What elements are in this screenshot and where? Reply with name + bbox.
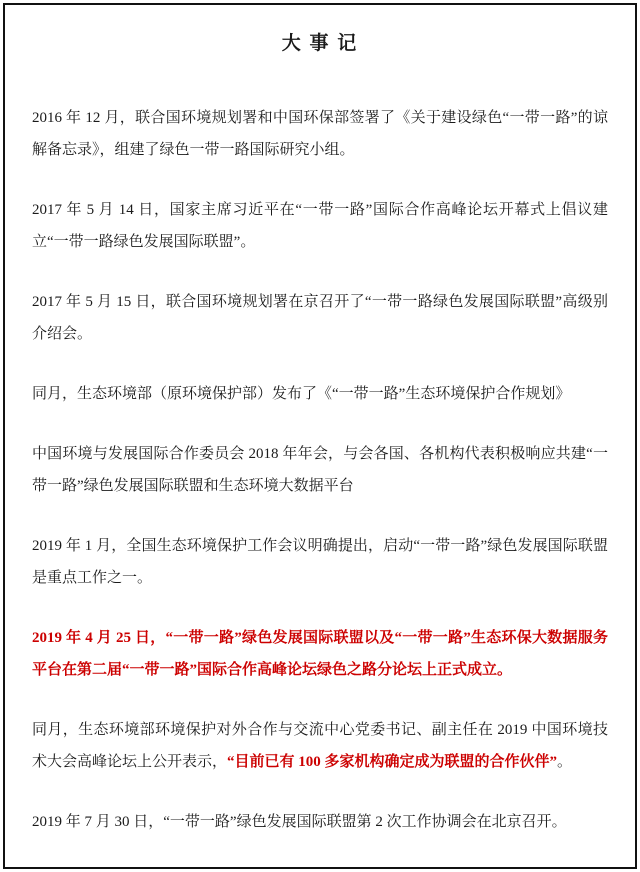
events-list: 2016 年 12 月，联合国环境规划署和中国环保部签署了《关于建设绿色“一带一… <box>32 102 608 838</box>
event-text: 2017 年 5 月 15 日，联合国环境规划署在京召开了“一带一路绿色发展国际… <box>32 294 608 342</box>
event-text: 2016 年 12 月，联合国环境规划署和中国环保部签署了《关于建设绿色“一带一… <box>32 110 608 158</box>
event-paragraph: 2019 年 1 月，全国生态环境保护工作会议明确提出，启动“一带一路”绿色发展… <box>32 530 608 594</box>
event-paragraph: 2019 年 4 月 25 日，“一带一路”绿色发展国际联盟以及“一带一路”生态… <box>32 622 608 686</box>
event-text: 同月，生态环境部（原环境保护部）发布了《“一带一路”生态环境保护合作规划》 <box>32 386 570 402</box>
event-paragraph: 同月，生态环境部（原环境保护部）发布了《“一带一路”生态环境保护合作规划》 <box>32 378 608 410</box>
event-paragraph: 中国环境与发展国际合作委员会 2018 年年会，与会各国、各机构代表积极响应共建… <box>32 438 608 502</box>
event-text: 2019 年 7 月 30 日，“一带一路”绿色发展国际联盟第 2 次工作协调会… <box>32 814 567 830</box>
document-page: 大 事 记 2016 年 12 月，联合国环境规划署和中国环保部签署了《关于建设… <box>3 3 637 869</box>
event-text: 。 <box>557 754 572 770</box>
event-paragraph: 2016 年 12 月，联合国环境规划署和中国环保部签署了《关于建设绿色“一带一… <box>32 102 608 166</box>
page-title: 大 事 记 <box>32 31 608 57</box>
event-text: 2017 年 5 月 14 日，国家主席习近平在“一带一路”国际合作高峰论坛开幕… <box>32 202 608 250</box>
event-paragraph: 2019 年 7 月 30 日，“一带一路”绿色发展国际联盟第 2 次工作协调会… <box>32 806 608 838</box>
event-paragraph: 同月，生态环境部环境保护对外合作与交流中心党委书记、副主任在 2019 中国环境… <box>32 714 608 778</box>
highlighted-text: “目前已有 100 多家机构确定成为联盟的合作伙伴” <box>227 754 557 770</box>
event-text: 2019 年 1 月，全国生态环境保护工作会议明确提出，启动“一带一路”绿色发展… <box>32 538 608 586</box>
highlighted-text: 2019 年 4 月 25 日，“一带一路”绿色发展国际联盟以及“一带一路”生态… <box>32 630 608 678</box>
event-paragraph: 2017 年 5 月 14 日，国家主席习近平在“一带一路”国际合作高峰论坛开幕… <box>32 194 608 258</box>
event-paragraph: 2017 年 5 月 15 日，联合国环境规划署在京召开了“一带一路绿色发展国际… <box>32 286 608 350</box>
event-text: 中国环境与发展国际合作委员会 2018 年年会，与会各国、各机构代表积极响应共建… <box>32 446 608 494</box>
